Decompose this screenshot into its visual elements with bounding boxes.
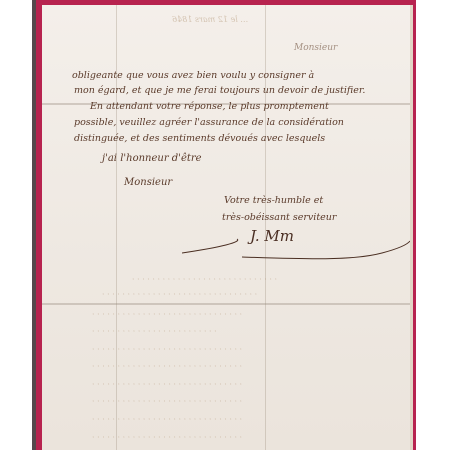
- body-line: possible, veuillez agréer l'assurance de…: [74, 117, 344, 128]
- signature-flourish: [182, 227, 412, 277]
- bleed-through-text: · · · · · · · · · · · · · · · · · · · · …: [92, 380, 242, 389]
- bleed-through-text: · · · · · · · · · · · · · · · · · · · · …: [92, 362, 242, 371]
- body-line: obligeante que vous avez bien voulu y co…: [72, 70, 314, 81]
- bleed-through-text: · · · · · · · · · · · · · · · · · · · · …: [92, 310, 242, 319]
- letter-paper: … le 12 mars 1846 Monsieur obligeante qu…: [42, 5, 412, 450]
- address-line: Monsieur: [124, 177, 172, 188]
- bleed-through-text: · · · · · · · · · · · · · · · · · · · · …: [102, 290, 257, 299]
- fold-line-horizontal: [42, 303, 412, 305]
- body-line: En attendant votre réponse, le plus prom…: [90, 101, 329, 112]
- bleed-through-text: · · · · · · · · · · · · · · · · · · · · …: [92, 415, 242, 424]
- body-line: distinguée, et des sentiments dévoués av…: [74, 133, 325, 144]
- bleed-through-text: … le 12 mars 1846: [172, 15, 248, 24]
- body-line: mon égard, et que je me ferai toujours u…: [74, 85, 365, 96]
- bleed-through-text: · · · · · · · · · · · · · · · · · · · · …: [132, 275, 277, 284]
- body-line: j'ai l'honneur d'être: [102, 153, 202, 164]
- closing-line: très-obéissant serviteur: [222, 212, 336, 223]
- closing-line: Votre très-humble et: [224, 195, 323, 206]
- bleed-through-text: · · · · · · · · · · · · · · · · · · · · …: [92, 327, 217, 336]
- bleed-through-text: · · · · · · · · · · · · · · · · · · · · …: [92, 397, 242, 406]
- bleed-through-text: · · · · · · · · · · · · · · · · · · · · …: [92, 433, 242, 442]
- header-salutation: Monsieur: [294, 43, 337, 53]
- bleed-through-text: · · · · · · · · · · · · · · · · · · · · …: [92, 345, 242, 354]
- paper-edge: [410, 5, 413, 450]
- backdrop-shadow: [32, 0, 36, 450]
